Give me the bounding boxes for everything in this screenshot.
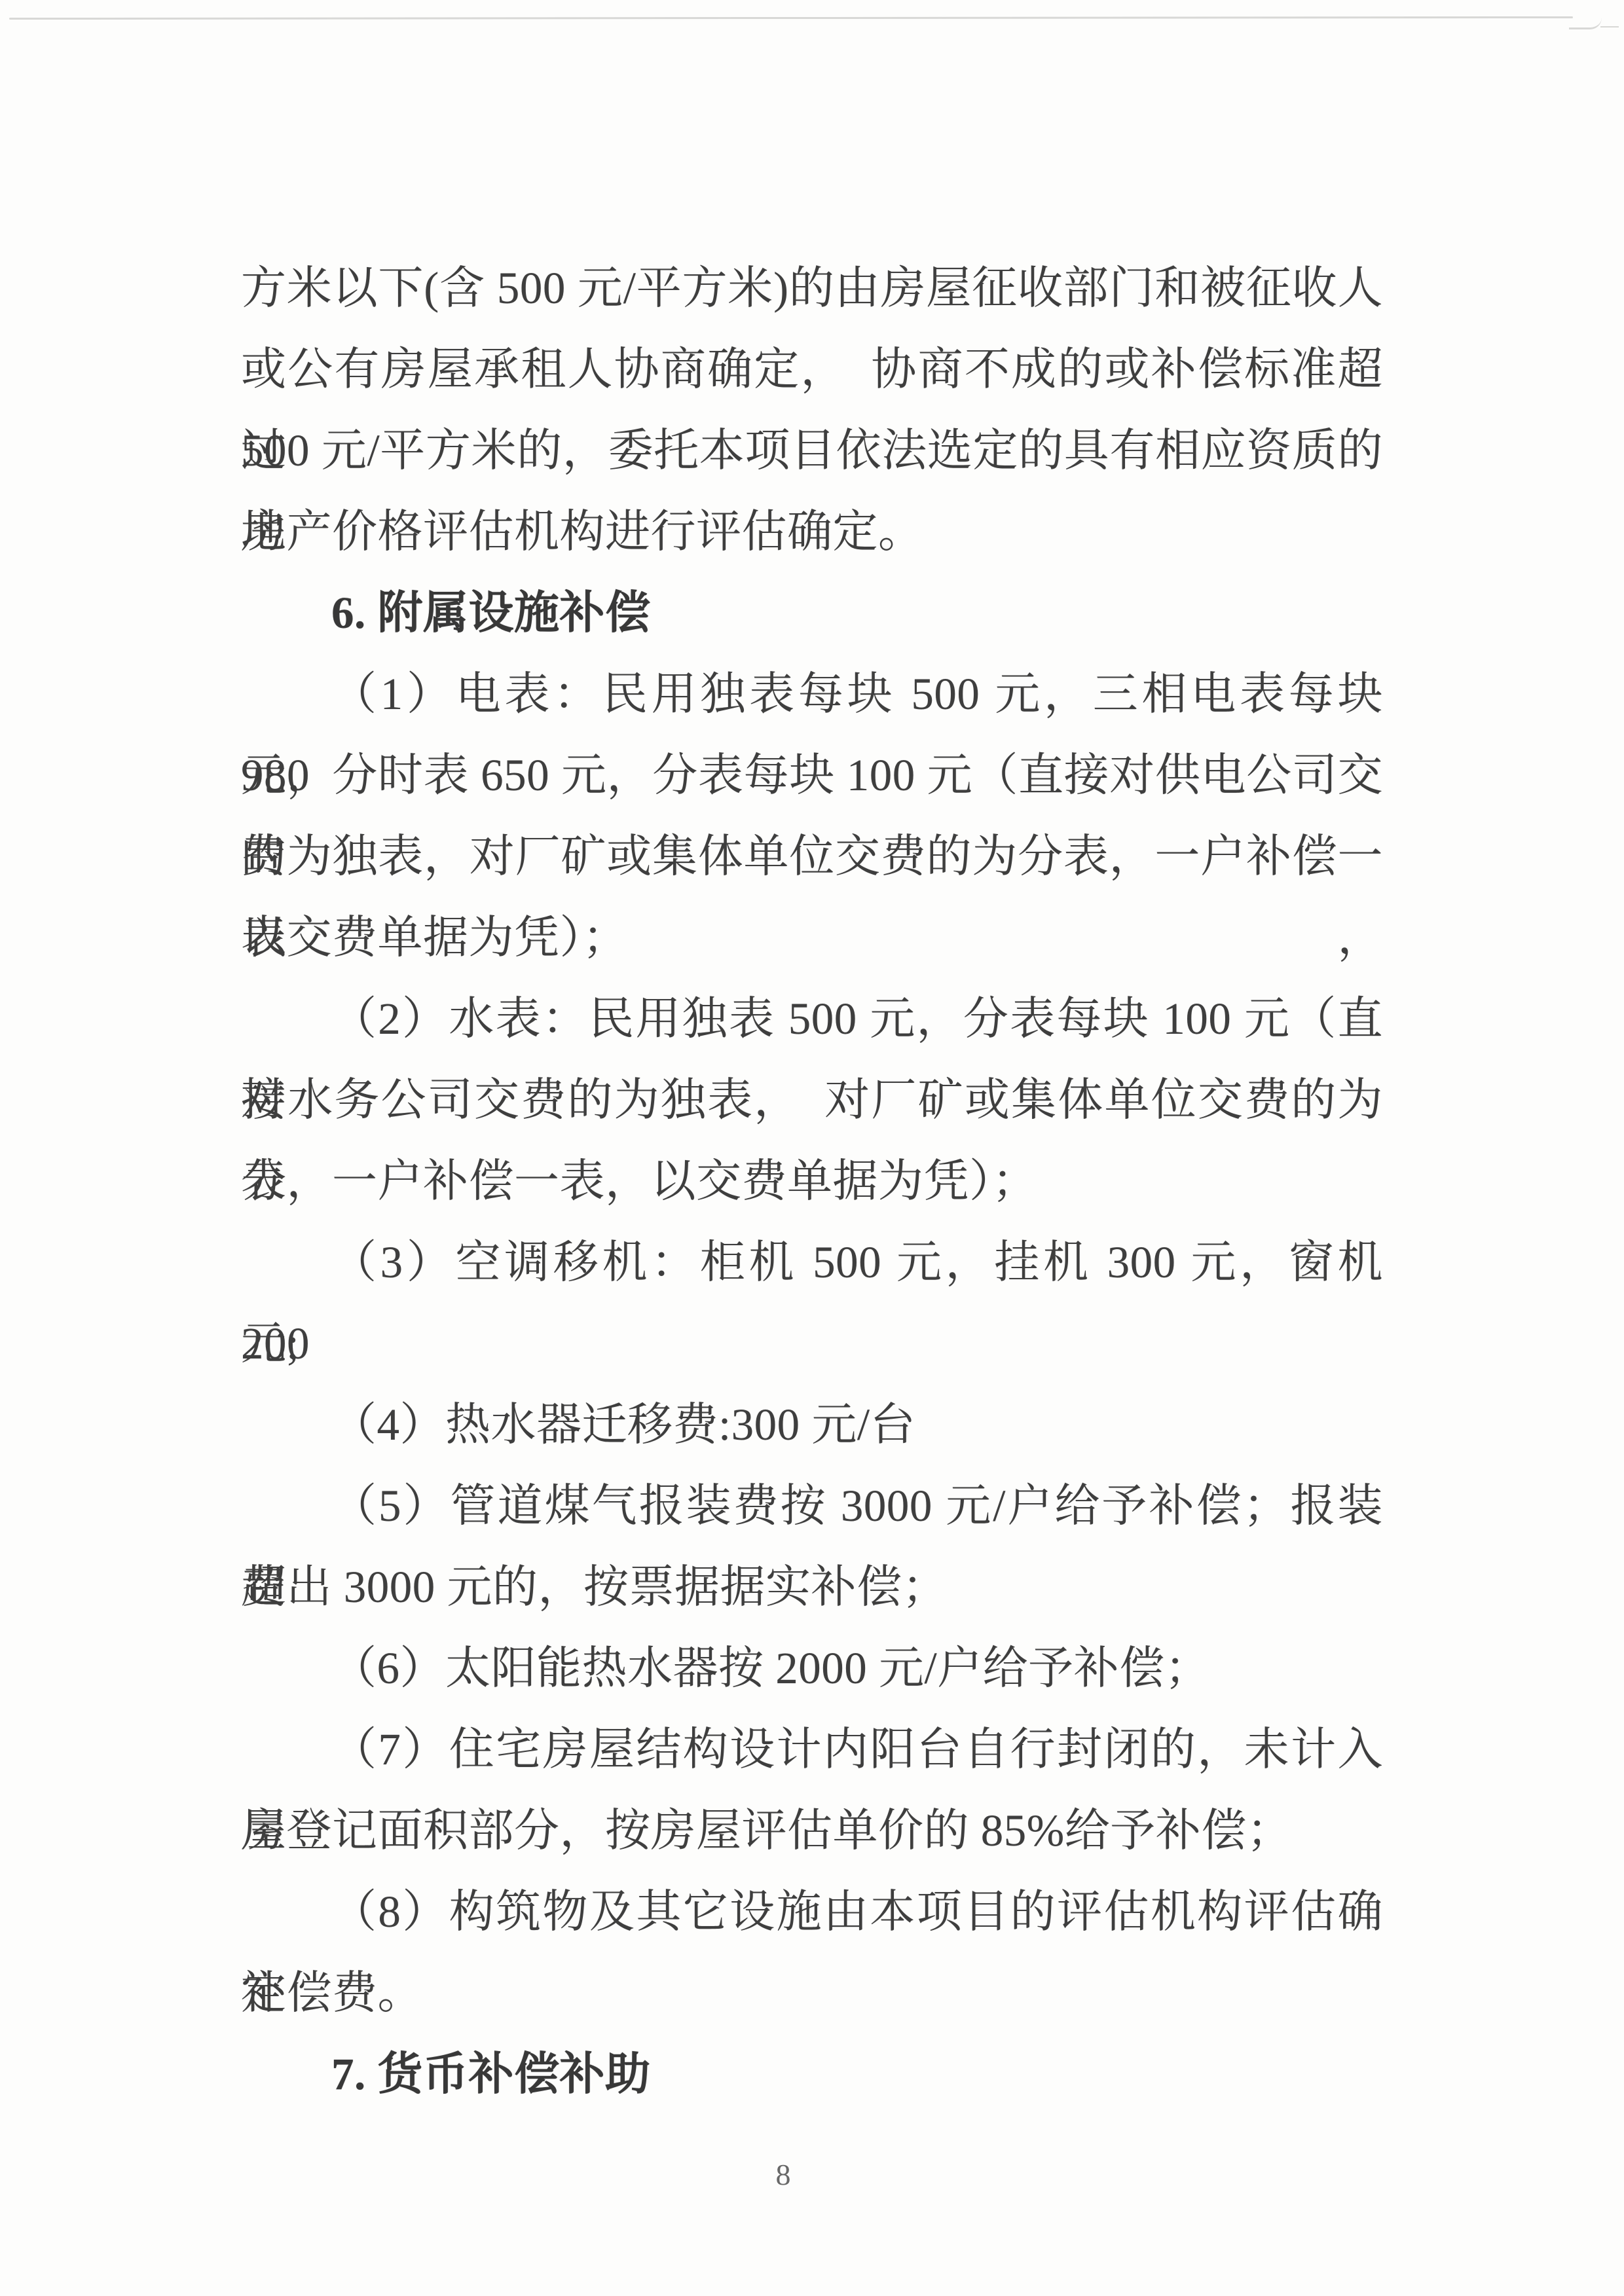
text-line: 元，分时表 650 元，分表每块 100 元（直接对供电公司交费 xyxy=(241,735,1383,816)
text-line: 元; xyxy=(241,1303,1383,1384)
text-line: 补偿费。 xyxy=(241,1952,1383,2033)
scan-artifact-hook xyxy=(1569,18,1602,29)
text-line: （4）热水器迁移费:300 元/台 xyxy=(241,1384,1383,1465)
text-line: 方米以下(含 500 元/平方米)的由房屋征收部门和被征收人 xyxy=(241,247,1383,329)
text-line: 对水务公司交费的为独表， 对厂矿或集体单位交费的为分 xyxy=(241,1059,1383,1140)
text-line: 屋登记面积部分，按房屋评估单价的 85%给予补偿； xyxy=(241,1790,1383,1871)
text-line: （8）构筑物及其它设施由本项目的评估机构评估确定 xyxy=(241,1871,1383,1952)
scanned-document-page: 方米以下(含 500 元/平方米)的由房屋征收部门和被征收人或公有房屋承租人协商… xyxy=(0,0,1624,2296)
section-heading: 7. 货币补偿补助 xyxy=(241,2033,1383,2115)
page-number: 8 xyxy=(750,2157,816,2193)
text-line: （7）住宅房屋结构设计内阳台自行封闭的，未计入房 xyxy=(241,1709,1383,1790)
text-line: （6）太阳能热水器按 2000 元/户给予补偿； xyxy=(241,1628,1383,1709)
text-line: （5）管道煤气报装费按 3000 元/户给予补偿；报装费 xyxy=(241,1465,1383,1546)
document-body: 方米以下(含 500 元/平方米)的由房屋征收部门和被征收人或公有房屋承租人协商… xyxy=(241,247,1383,2115)
text-line: （3）空调移机：柜机 500 元，挂机 300 元，窗机 200 xyxy=(241,1222,1383,1303)
scan-artifact-line xyxy=(9,16,1573,20)
scan-artifact-tail xyxy=(1600,26,1619,27)
text-line: 地产价格评估机构进行评估确定。 xyxy=(241,491,1383,572)
text-line: 超出 3000 元的，按票据据实补偿； xyxy=(241,1546,1383,1628)
text-line: （2）水表：民用独表 500 元，分表每块 100 元（直接 xyxy=(241,978,1383,1059)
section-heading: 6. 附属设施补偿 xyxy=(241,572,1383,653)
text-line: 表，一户补偿一表，以交费单据为凭）； xyxy=(241,1140,1383,1222)
text-line: 或公有房屋承租人协商确定， 协商不成的或补偿标准超过 xyxy=(241,329,1383,410)
text-line: 500 元/平方米的，委托本项目依法选定的具有相应资质的房 xyxy=(241,410,1383,491)
text-line: （1）电表：民用独表每块 500 元，三相电表每块 980 xyxy=(241,653,1383,735)
text-line: 的为独表，对厂矿或集体单位交费的为分表，一户补偿一表， xyxy=(241,816,1383,897)
